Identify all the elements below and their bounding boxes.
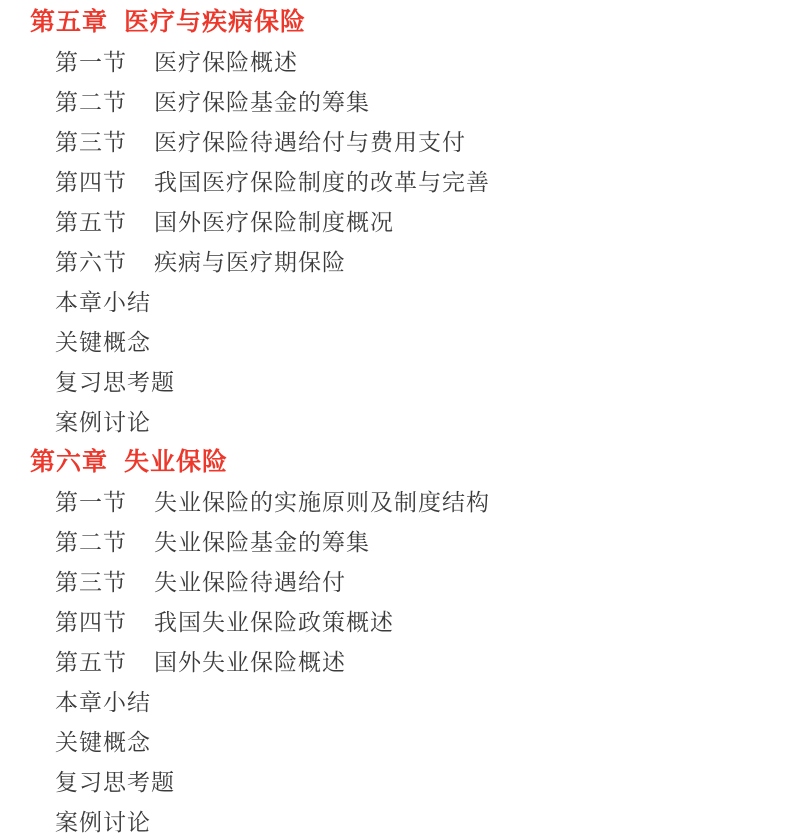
section-title: 失业保险基金的筹集 [154,524,370,557]
toc-entry-ch5-sec5[interactable]: 第五节 国外医疗保险制度概况 [0,200,790,240]
toc-entry-ch5-case-discussion[interactable]: 案例讨论 [0,400,790,440]
section-number: 第三节 [55,124,127,157]
section-title: 关键概念 [55,724,151,757]
toc-entry-ch6-sec1[interactable]: 第一节 失业保险的实施原则及制度结构 [0,480,790,520]
section-title: 医疗保险待遇给付与费用支付 [154,124,466,157]
chapter-number: 第五章 [30,2,108,38]
toc-entry-ch6-sec3[interactable]: 第三节 失业保险待遇给付 [0,560,790,600]
toc-entry-ch6-sec2[interactable]: 第二节 失业保险基金的筹集 [0,520,790,560]
section-title: 失业保险的实施原则及制度结构 [154,484,490,517]
toc-entry-ch6-key-concepts[interactable]: 关键概念 [0,720,790,760]
section-title: 失业保险待遇给付 [154,564,346,597]
section-title: 我国医疗保险制度的改革与完善 [154,164,490,197]
section-title: 疾病与医疗期保险 [154,244,346,277]
section-title: 我国失业保险政策概述 [154,604,394,637]
toc-entry-ch5-sec4[interactable]: 第四节 我国医疗保险制度的改革与完善 [0,160,790,200]
toc-entry-ch5-sec6[interactable]: 第六节 疾病与医疗期保险 [0,240,790,280]
section-number: 第四节 [55,604,127,637]
toc-entry-ch6-sec4[interactable]: 第四节 我国失业保险政策概述 [0,600,790,640]
section-title: 医疗保险概述 [154,44,298,77]
section-title: 复习思考题 [55,764,175,797]
toc-entry-ch6-review-questions[interactable]: 复习思考题 [0,760,790,800]
section-title: 医疗保险基金的筹集 [154,84,370,117]
section-number: 第五节 [55,644,127,677]
chapter-number: 第六章 [30,442,108,478]
toc-entry-ch5-summary[interactable]: 本章小结 [0,280,790,320]
section-number: 第二节 [55,84,127,117]
section-title: 国外失业保险概述 [154,644,346,677]
toc-entry-ch5-sec3[interactable]: 第三节 医疗保险待遇给付与费用支付 [0,120,790,160]
section-number: 第五节 [55,204,127,237]
section-number: 第四节 [55,164,127,197]
chapter-title: 失业保险 [124,442,228,478]
section-title: 本章小结 [55,284,151,317]
section-number: 第三节 [55,564,127,597]
section-number: 第一节 [55,44,127,77]
toc-entry-ch5-key-concepts[interactable]: 关键概念 [0,320,790,360]
section-title: 国外医疗保险制度概况 [154,204,394,237]
section-title: 案例讨论 [55,404,151,437]
chapter-title: 医疗与疾病保险 [124,2,306,38]
section-title: 复习思考题 [55,364,175,397]
toc-entry-ch5-review-questions[interactable]: 复习思考题 [0,360,790,400]
section-title: 案例讨论 [55,804,151,835]
section-number: 第一节 [55,484,127,517]
toc-chapter-5[interactable]: 第五章 医疗与疾病保险 [0,0,790,40]
toc-entry-ch6-sec5[interactable]: 第五节 国外失业保险概述 [0,640,790,680]
table-of-contents: 第五章 医疗与疾病保险 第一节 医疗保险概述 第二节 医疗保险基金的筹集 第三节… [0,0,790,835]
toc-entry-ch6-case-discussion[interactable]: 案例讨论 [0,800,790,835]
toc-entry-ch6-summary[interactable]: 本章小结 [0,680,790,720]
section-number: 第六节 [55,244,127,277]
toc-chapter-6[interactable]: 第六章 失业保险 [0,440,790,480]
section-title: 本章小结 [55,684,151,717]
section-title: 关键概念 [55,324,151,357]
section-number: 第二节 [55,524,127,557]
toc-entry-ch5-sec1[interactable]: 第一节 医疗保险概述 [0,40,790,80]
toc-entry-ch5-sec2[interactable]: 第二节 医疗保险基金的筹集 [0,80,790,120]
